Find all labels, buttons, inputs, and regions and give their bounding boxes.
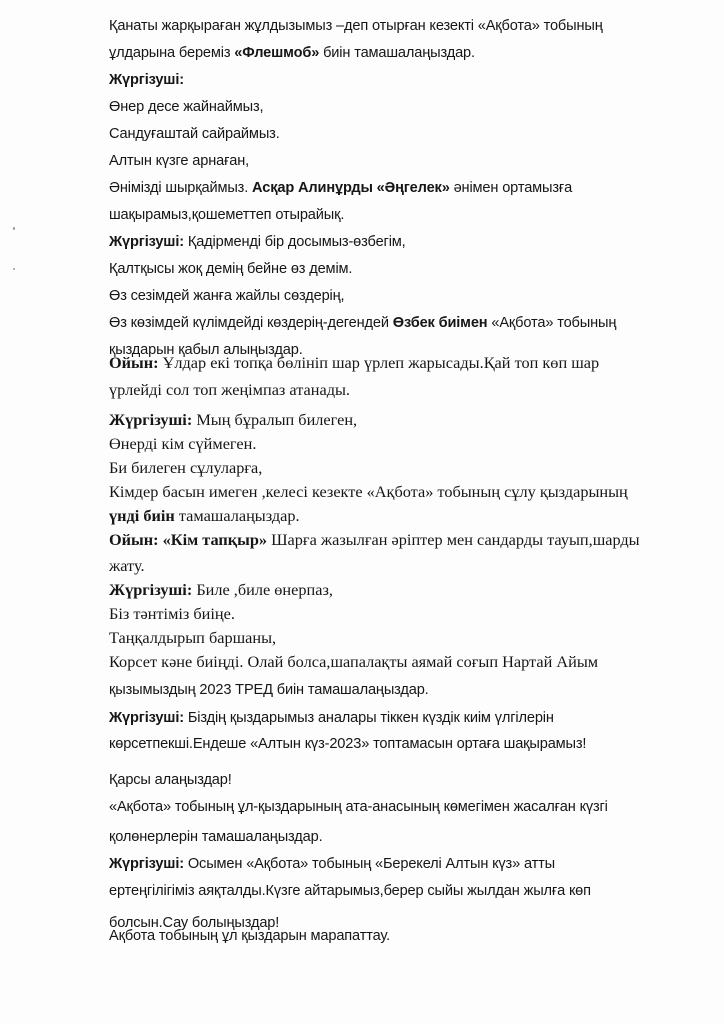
text: қолөнерлерін тамашалаңыздар. <box>109 829 322 845</box>
document-line: Жүргізуші: <box>109 70 184 90</box>
document-line: Өнерді кім сүймеген. <box>109 434 256 454</box>
text: Мың бұралып билеген, <box>192 410 357 429</box>
document-line: Корсет кәне биіңді. Олай болса,шапалақты… <box>109 652 598 672</box>
document-line: Ойын: Ұлдар екі топқа бөлініп шар үрлеп … <box>109 353 599 373</box>
text: Өнер десе жайнаймыз, <box>109 99 263 115</box>
document-line: Өз сезімдей жанға жайлы сөздерің, <box>109 286 344 306</box>
text: қызымыздың 2023 ТРЕД биін тамашалаңыздар… <box>109 682 429 698</box>
document-line: Қарсы алаңыздар! <box>109 770 232 790</box>
bold-text: Ойын: <box>109 353 159 372</box>
document-line: Әнімізді шырқаймыз. Асқар Алинұрды «Әңге… <box>109 178 572 198</box>
text: көрсетпекші.Ендеше «Алтын күз-2023» топт… <box>109 736 586 752</box>
text: Біз тәнтіміз биіңе. <box>109 604 235 623</box>
text: Кімдер басын имеген ,келесі кезекте «Ақб… <box>109 482 628 501</box>
bold-text: Ойын: «Кім тапқыр» <box>109 530 267 549</box>
document-line: Қанаты жарқыраған жұлдызымыз –деп отырға… <box>109 16 603 36</box>
text: «Ақбота» тобының <box>487 315 616 331</box>
document-line: Алтын күзге арнаған, <box>109 151 249 171</box>
document-line: Таңқалдырып баршаны, <box>109 628 276 648</box>
text: ұлдарына береміз <box>109 45 234 61</box>
text: Алтын күзге арнаған, <box>109 153 249 169</box>
text: Өнерді кім сүймеген. <box>109 434 256 453</box>
bold-text: Жүргізуші: <box>109 856 184 872</box>
document-line: Ойын: «Кім тапқыр» Шарға жазылған әріпте… <box>109 530 640 550</box>
text: шақырамыз,қошеметтеп отырайық. <box>109 207 344 223</box>
text: әнімен ортамызға <box>450 180 572 196</box>
text: Корсет кәне биіңді. Олай болса,шапалақты… <box>109 652 598 671</box>
text: Таңқалдырып баршаны, <box>109 628 276 647</box>
document-line: ертеңгілігіміз аяқталды.Күзге айтарымыз,… <box>109 881 591 901</box>
document-line: шақырамыз,қошеметтеп отырайық. <box>109 205 344 225</box>
document-line: Кімдер басын имеген ,келесі кезекте «Ақб… <box>109 482 628 502</box>
text: Қадірменді бір досымыз-өзбегім, <box>184 234 406 250</box>
document-line: Өнер десе жайнаймыз, <box>109 97 263 117</box>
bold-text: Жүргізуші: <box>109 580 192 599</box>
text: тамашалаңыздар. <box>175 506 300 525</box>
text: Шарға жазылған әріптер мен сандарды тауы… <box>267 530 640 549</box>
scan-speck <box>13 268 15 270</box>
document-line: қолөнерлерін тамашалаңыздар. <box>109 827 322 847</box>
bold-text: Жүргізуші: <box>109 410 192 429</box>
text: Қарсы алаңыздар! <box>109 772 232 788</box>
text: Ұлдар екі топқа бөлініп шар үрлеп жарыса… <box>159 353 600 372</box>
document-line: Жүргізуші: Мың бұралып билеген, <box>109 410 357 430</box>
text: Біздің қыздарымыз аналары тіккен күздік … <box>184 710 554 726</box>
text: Ақбота тобының ұл қыздарын марапаттау. <box>109 928 390 944</box>
document-line: Жүргізуші: Қадірменді бір досымыз-өзбегі… <box>109 232 406 252</box>
document-line: Жүргізуші: Біздің қыздарымыз аналары тік… <box>109 708 554 728</box>
scan-speck <box>13 227 15 230</box>
document-line: көрсетпекші.Ендеше «Алтын күз-2023» топт… <box>109 734 586 754</box>
text: Қалтқысы жоқ демің бейне өз демім. <box>109 261 352 277</box>
text: Өз көзімдей күлімдейді көздерің-дегендей <box>109 315 393 331</box>
document-line: ұлдарына береміз «Флешмоб» биін тамашала… <box>109 43 475 63</box>
text: «Ақбота» тобының ұл-қыздарының ата-анасы… <box>109 799 608 815</box>
text: ертеңгілігіміз аяқталды.Күзге айтарымыз,… <box>109 883 591 899</box>
scanned-document-page: Қанаты жарқыраған жұлдызымыз –деп отырға… <box>0 0 724 1024</box>
document-line: Біз тәнтіміз биіңе. <box>109 604 235 624</box>
text: Осымен «Ақбота» тобының «Берекелі Алтын … <box>184 856 555 872</box>
text: Қанаты жарқыраған жұлдызымыз –деп отырға… <box>109 18 603 34</box>
document-line: Сандуғаштай сайраймыз. <box>109 124 280 144</box>
text: Сандуғаштай сайраймыз. <box>109 126 280 142</box>
document-line: Би билеген сұлуларға, <box>109 458 262 478</box>
text: Биле ,биле өнерпаз, <box>192 580 333 599</box>
document-line: Жүргізуші: Биле ,биле өнерпаз, <box>109 580 333 600</box>
document-line: «Ақбота» тобының ұл-қыздарының ата-анасы… <box>109 797 608 817</box>
document-line: қызымыздың 2023 ТРЕД биін тамашалаңыздар… <box>109 680 429 700</box>
text: жату. <box>109 556 145 575</box>
bold-text: Жүргізуші: <box>109 234 184 250</box>
document-line: үрлейді сол топ жеңімпаз атанады. <box>109 380 350 400</box>
text: биін тамашалаңыздар. <box>319 45 475 61</box>
text: Әнімізді шырқаймыз. <box>109 180 252 196</box>
document-line: үнді биін тамашалаңыздар. <box>109 506 300 526</box>
document-line: жату. <box>109 556 145 576</box>
text: үрлейді сол топ жеңімпаз атанады. <box>109 380 350 399</box>
bold-text: Жүргізуші: <box>109 710 184 726</box>
document-line: Ақбота тобының ұл қыздарын марапаттау. <box>109 926 390 946</box>
bold-text: Жүргізуші: <box>109 72 184 88</box>
bold-text: үнді биін <box>109 506 175 525</box>
text: Би билеген сұлуларға, <box>109 458 262 477</box>
bold-text: Асқар Алинұрды «Әңгелек» <box>252 180 450 196</box>
bold-text: «Флешмоб» <box>234 45 319 61</box>
document-line: Қалтқысы жоқ демің бейне өз демім. <box>109 259 352 279</box>
document-line: Жүргізуші: Осымен «Ақбота» тобының «Бере… <box>109 854 555 874</box>
bold-text: Өзбек биімен <box>393 315 488 331</box>
text: Өз сезімдей жанға жайлы сөздерің, <box>109 288 344 304</box>
document-line: Өз көзімдей күлімдейді көздерің-дегендей… <box>109 313 616 333</box>
